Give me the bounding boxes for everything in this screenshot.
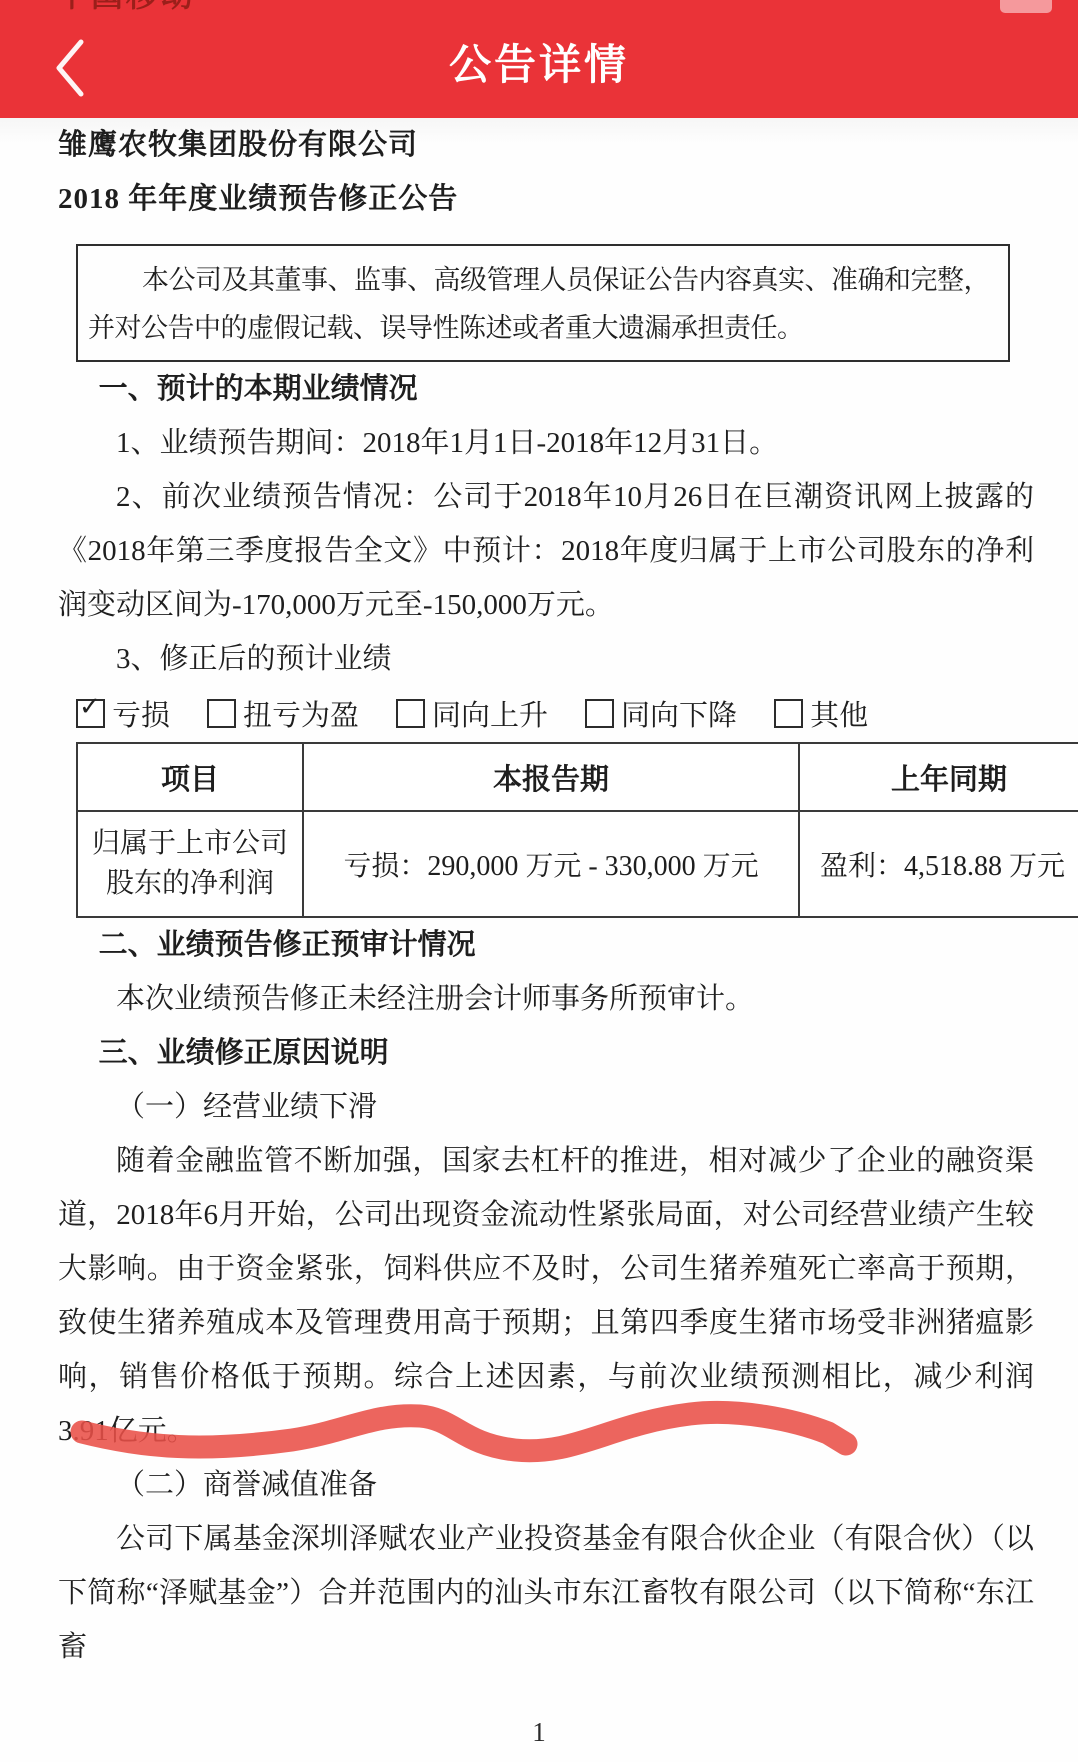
section3-paragraph-1: 随着金融监管不断加强，国家去杠杆的推进，相对减少了企业的融资渠道，2018年6月… bbox=[58, 1134, 1034, 1458]
check-mark-icon: ✓ bbox=[79, 694, 101, 720]
checkbox-other: 其他 bbox=[774, 693, 868, 734]
checkbox-unchecked-icon bbox=[585, 699, 614, 728]
disclaimer-box: 本公司及其董事、监事、高级管理人员保证公告内容真实、准确和完整， 并对公告中的虚… bbox=[76, 244, 1010, 362]
checkbox-label: 扭亏为盈 bbox=[243, 693, 359, 734]
checkbox-label: 同向上升 bbox=[432, 693, 548, 734]
section2-body: 本次业绩预告修正未经注册会计师事务所预审计。 bbox=[58, 972, 1034, 1026]
status-bar-carrier: 中国移动 bbox=[56, 0, 196, 15]
section1-heading: 一、预计的本期业绩情况 bbox=[58, 362, 1034, 416]
checkbox-unchecked-icon bbox=[207, 699, 236, 728]
section1-item-previous-forecast: 2、前次业绩预告情况：公司于2018年10月26日在巨潮资讯网上披露的《2018… bbox=[58, 470, 1034, 632]
checkbox-label: 其他 bbox=[810, 693, 868, 734]
checkbox-turn-profit: 扭亏为盈 bbox=[207, 693, 359, 734]
disclaimer-line: 并对公告中的虚假记载、误导性陈述或者重大遗漏承担责任。 bbox=[88, 304, 1000, 352]
announcement-document: 雏鹰农牧集团股份有限公司 2018 年年度业绩预告修正公告 本公司及其董事、监事… bbox=[0, 118, 1078, 1674]
table-header-prior-year: 上年同期 bbox=[799, 743, 1078, 811]
disclaimer-line: 本公司及其董事、监事、高级管理人员保证公告内容真实、准确和完整， bbox=[88, 256, 1000, 304]
checkbox-same-direction-up: 同向上升 bbox=[396, 693, 548, 734]
announcement-scroll-area[interactable]: 雏鹰农牧集团股份有限公司 2018 年年度业绩预告修正公告 本公司及其董事、监事… bbox=[0, 118, 1078, 1762]
section2-heading: 二、业绩预告修正预审计情况 bbox=[58, 918, 1034, 972]
app-header-bar: 中国移动 公告详情 bbox=[0, 0, 1078, 118]
table-cell-item: 归属于上市公司股东的净利润 bbox=[77, 811, 303, 917]
performance-table: 项目 本报告期 上年同期 归属于上市公司股东的净利润 亏损：290,000 万元… bbox=[76, 742, 1078, 918]
section3-subheading-2: （二）商誉减值准备 bbox=[58, 1458, 1034, 1512]
table-cell-prior-year: 盈利：4,518.88 万元 bbox=[799, 811, 1078, 917]
section3-heading: 三、业绩修正原因说明 bbox=[58, 1026, 1034, 1080]
forecast-type-checkbox-row: ✓ 亏损 扭亏为盈 同向上升 同向下降 其他 bbox=[58, 686, 1034, 740]
page-title: 公告详情 bbox=[0, 36, 1078, 94]
table-header-row: 项目 本报告期 上年同期 bbox=[77, 743, 1078, 811]
table-header-item: 项目 bbox=[77, 743, 303, 811]
checkbox-label: 同向下降 bbox=[621, 693, 737, 734]
table-header-current-period: 本报告期 bbox=[303, 743, 799, 811]
section3-paragraph-2: 公司下属基金深圳泽赋农业产业投资基金有限合伙企业（有限合伙）（以下简称“泽赋基金… bbox=[58, 1512, 1034, 1674]
checkbox-same-direction-down: 同向下降 bbox=[585, 693, 737, 734]
section3-subheading-1: （一）经营业绩下滑 bbox=[58, 1080, 1034, 1134]
checkbox-label: 亏损 bbox=[112, 693, 170, 734]
checkbox-unchecked-icon bbox=[396, 699, 425, 728]
section1-item-revised-forecast: 3、修正后的预计业绩 bbox=[58, 632, 1034, 686]
carrier-text: 中国移动 bbox=[56, 0, 196, 13]
table-row: 归属于上市公司股东的净利润 亏损：290,000 万元 - 330,000 万元… bbox=[77, 811, 1078, 917]
battery-icon bbox=[1000, 0, 1052, 13]
checkbox-unchecked-icon bbox=[774, 699, 803, 728]
checkbox-checked-icon: ✓ bbox=[76, 699, 105, 728]
announcement-title: 2018 年年度业绩预告修正公告 bbox=[58, 172, 1034, 226]
section1-item-period: 1、业绩预告期间：2018年1月1日-2018年12月31日。 bbox=[58, 416, 1034, 470]
page-number: 1 bbox=[0, 1717, 1078, 1748]
table-cell-current-period: 亏损：290,000 万元 - 330,000 万元 bbox=[303, 811, 799, 917]
company-name-title: 雏鹰农牧集团股份有限公司 bbox=[58, 118, 1034, 172]
checkbox-loss: ✓ 亏损 bbox=[76, 693, 170, 734]
announcement-detail-screen: 中国移动 公告详情 雏鹰农牧集团股份有限公司 2018 年年度业绩预告修正公告 … bbox=[0, 0, 1078, 1762]
